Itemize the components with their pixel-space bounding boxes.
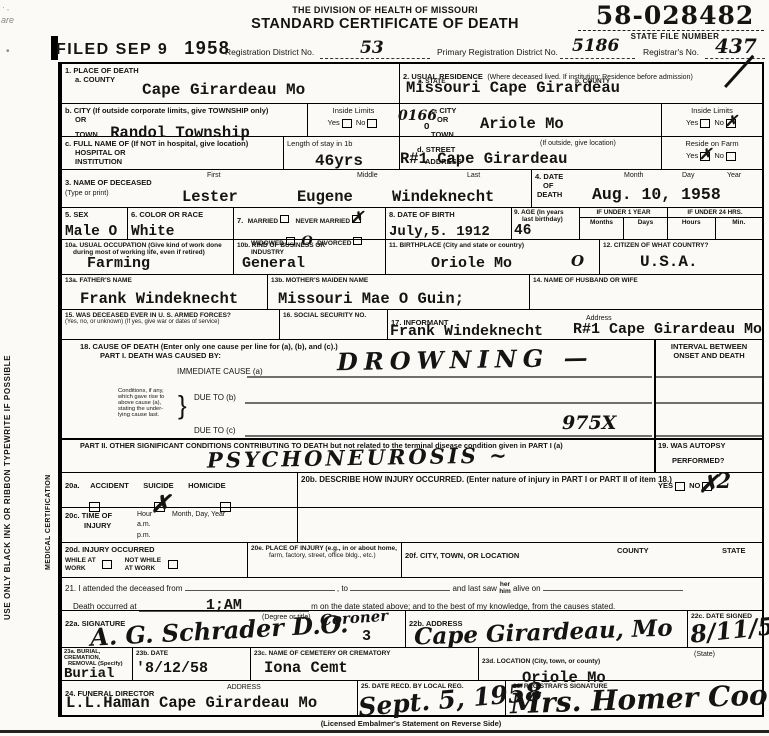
interval-column-divider xyxy=(654,340,656,473)
describe-injury-label: 20b. DESCRIBE HOW INJURY OCCURRED. (Ente… xyxy=(301,475,759,485)
row-attended: 21. I attended the deceased from , to an… xyxy=(62,578,762,611)
signature-address-value: Cape Girardeau, Mo xyxy=(414,616,673,648)
manner-cell: 20a. ACCIDENT SUICIDE HOMICIDE ✗ xyxy=(62,473,298,507)
time-of-injury-cell: 20c. TIME OF INJURY Hour a.m. p.m. Month… xyxy=(62,508,298,542)
first-name-value: Lester xyxy=(182,190,238,206)
no-label: No xyxy=(356,118,366,127)
month-day-year-label: Month, Day, Year xyxy=(172,511,225,518)
cemetery-value: Iona Cemt xyxy=(264,661,475,677)
informant-value: Frank Windeknecht xyxy=(390,324,543,339)
father-cell: 13a. FATHER'S NAME Frank Windeknecht xyxy=(62,275,268,309)
industry-label: 10b. KIND OF BUSINESS OR xyxy=(237,242,382,249)
at-work-label: AT WORK xyxy=(125,565,156,572)
day-label: Day xyxy=(682,172,694,179)
usual-residence-cell: 2. USUAL RESIDENCE (Where deceased lived… xyxy=(400,64,762,103)
primary-district-value: 5186 xyxy=(572,36,619,56)
married-label: MARRIED xyxy=(248,218,278,225)
industry-cell: 10b. KIND OF BUSINESS OR INDUSTRY Genera… xyxy=(234,240,386,274)
residence-city-label: c. CITY xyxy=(431,106,658,115)
scan-artifact: • xyxy=(6,46,10,57)
page-title: STANDARD CERTIFICATE OF DEATH xyxy=(225,16,545,32)
row-hospital-street: c. FULL NAME OF (If NOT in hospital, giv… xyxy=(62,137,762,170)
injury-occurred-label: 20d. INJURY OCCURRED xyxy=(65,545,244,554)
death-inside-limits-cell: Inside Limits Yes No xyxy=(308,104,400,136)
inside-limits-label: Inside Limits xyxy=(311,106,396,115)
date-of-birth-cell: 8. DATE OF BIRTH July,5. 1912 xyxy=(386,208,512,239)
autopsy-label-1: 19. WAS AUTOPSY xyxy=(658,441,762,450)
death-certificate-scan: · , are • THE DIVISION OF HEALTH OF MISS… xyxy=(0,0,769,736)
birthplace-label: 11. BIRTHPLACE (City and state or countr… xyxy=(389,242,596,249)
month-label: Month xyxy=(624,172,643,179)
days-column: Days xyxy=(624,218,667,239)
injury-city-label: 20f. CITY, TOWN, OR LOCATION xyxy=(405,551,519,560)
cause-a-line xyxy=(247,376,652,378)
street-value: R#1 Cape Girardeau xyxy=(400,152,567,168)
father-label: 13a. FATHER'S NAME xyxy=(65,277,264,284)
armed-forces-label: 15. WAS DECEASED EVER IN U. S. ARMED FOR… xyxy=(65,312,276,319)
attended-text-2: , to xyxy=(337,584,348,593)
burial-location-label: 23d. LOCATION (City, town, or county) xyxy=(482,658,600,665)
date-received-cell: 25. DATE RECD. BY LOCAL REG. Sept. 5, 19… xyxy=(358,681,506,715)
registration-district-label: Registration District No. xyxy=(225,47,314,57)
part1-label: PART I. DEATH WAS CAUSED BY: xyxy=(100,351,221,360)
place-of-injury-cell: 20e. PLACE OF INJURY (e.g., in or about … xyxy=(248,543,402,577)
months-column: Months xyxy=(580,218,624,239)
injury-county-label: COUNTY xyxy=(617,546,649,555)
armed-forces-cell: 15. WAS DECEASED EVER IN U. S. ARMED FOR… xyxy=(62,310,280,339)
pen-stroke xyxy=(724,55,754,88)
race-label: 6. COLOR OR RACE xyxy=(131,210,230,219)
age-value: 46 xyxy=(514,224,577,239)
row-manner: 20a. ACCIDENT SUICIDE HOMICIDE ✗ 20b. DE… xyxy=(62,473,762,508)
signature-value: A. G. Schrader D.O. xyxy=(90,612,349,649)
blank-line xyxy=(560,58,635,59)
residence-city-cell: 0166 c. CITY OR TOWN O Ariole Mo xyxy=(400,104,662,136)
mother-value: Missouri Mae O Guin; xyxy=(278,292,464,308)
sex-cell: 5. SEX Male O xyxy=(62,208,128,239)
middle-label: Middle xyxy=(357,172,378,179)
first-label: First xyxy=(207,172,221,179)
injury-location-cell: 20f. CITY, TOWN, OR LOCATION COUNTY STAT… xyxy=(402,543,762,577)
date-of-death-value: Aug. 10, 1958 xyxy=(592,187,721,204)
bottom-rule xyxy=(0,730,769,733)
occupation-label: 10a. USUAL OCCUPATION (Give kind of work… xyxy=(65,242,230,249)
citizen-cell: 12. CITIZEN OF WHAT COUNTRY? U.S.A. xyxy=(600,240,762,274)
registrar-signature-value: Mrs. Homer Cooper xyxy=(510,680,769,719)
issuing-agency: THE DIVISION OF HEALTH OF MISSOURI xyxy=(250,5,520,15)
occupation-cell: 10a. USUAL OCCUPATION (Give kind of work… xyxy=(62,240,234,274)
burial-date-label: 23b. DATE xyxy=(136,650,247,657)
row-city-town: b. CITY (If outside corporate limits, gi… xyxy=(62,104,762,137)
street-note: (If outside, give location) xyxy=(540,140,616,147)
signature-cell: 22a. SIGNATURE (Degree or title) Coroner… xyxy=(62,611,406,647)
blank-line xyxy=(185,580,335,591)
yes-label: Yes xyxy=(328,118,340,127)
min-column: Min. xyxy=(716,218,763,239)
mother-cell: 13b. MOTHER'S MAIDEN NAME Missouri Mae O… xyxy=(268,275,530,309)
citizen-value: U.S.A. xyxy=(640,254,698,270)
work-label: WORK xyxy=(65,565,86,572)
injury-blank-cell xyxy=(298,508,762,542)
row-place-residence: 1. PLACE OF DEATH a. COUNTY Cape Girarde… xyxy=(62,64,762,104)
citizen-label: 12. CITIZEN OF WHAT COUNTRY? xyxy=(603,242,759,249)
industry-value: General xyxy=(242,256,305,271)
ssn-cell: 16. SOCIAL SECURITY NO. xyxy=(280,310,388,339)
row-time-of-injury: 20c. TIME OF INJURY Hour a.m. p.m. Month… xyxy=(62,508,762,543)
due-to-b-label: DUE TO (b) xyxy=(194,393,236,403)
hospital-label-2: HOSPITAL OR xyxy=(75,148,280,157)
date-signed-cell: 22c. DATE SIGNED 8/11/58- xyxy=(688,611,762,647)
burial-type-cell: 23a. BURIAL, CREMATION, REMOVAL (Specify… xyxy=(62,648,133,680)
due-to-c-label: DUE TO (c) xyxy=(194,426,235,436)
conditions-line5: lying cause last. xyxy=(118,412,180,418)
sex-value: Male O xyxy=(65,225,124,240)
yes-label: Yes xyxy=(686,118,698,127)
attended-text-4: alive on xyxy=(513,584,541,593)
burial-location-cell: 23d. LOCATION (City, town, or county) (S… xyxy=(479,648,762,680)
place-of-death-cell: 1. PLACE OF DEATH a. COUNTY Cape Girarde… xyxy=(62,64,400,103)
date-of-death-cell: 4. DATE OF DEATH Month Day Year Aug. 10,… xyxy=(532,170,762,207)
cause-of-death-cell: 18. CAUSE OF DEATH (Enter only one cause… xyxy=(62,340,762,472)
x-mark: ✗ xyxy=(699,147,712,162)
scan-artifact: · , xyxy=(2,3,9,12)
part2-value: PSYCHONEUROSIS ~ xyxy=(207,444,510,470)
immediate-cause-value: DROWNING — xyxy=(337,346,594,374)
conditions-brace: } xyxy=(178,390,187,421)
funeral-address-label: ADDRESS xyxy=(227,684,261,691)
row-cause-of-death: 18. CAUSE OF DEATH (Enter only one cause… xyxy=(62,340,762,473)
injury-state-label: STATE xyxy=(722,546,745,555)
reside-on-farm-label: Reside on Farm xyxy=(665,139,759,148)
cause-title: 18. CAUSE OF DEATH (Enter only one cause… xyxy=(80,342,338,351)
middle-name-value: Eugene xyxy=(297,190,353,206)
cemetery-cell: 23c. NAME OF CEMETERY OR CREMATORY Iona … xyxy=(251,648,479,680)
state-note: (State) xyxy=(694,651,715,658)
autopsy-label-2: PERFORMED? xyxy=(672,456,725,465)
time-injury-label-2: INJURY xyxy=(84,521,111,530)
age-label: 9. AGE (In years xyxy=(514,209,577,216)
inside-limits-label: Inside Limits xyxy=(665,106,759,115)
row-funeral-registrar: 24. FUNERAL DIRECTOR ADDRESS L.L.Haman C… xyxy=(62,681,762,715)
interval-label-1: INTERVAL BETWEEN xyxy=(658,342,760,351)
injury-occurred-cell: 20d. INJURY OCCURRED WHILE ATWORK NOT WH… xyxy=(62,543,248,577)
no-checkbox xyxy=(726,152,736,161)
him-label: him xyxy=(499,588,511,595)
armed-forces-sub: (Yes, no, or unknown) (If yes, give war … xyxy=(65,319,276,326)
row-armed-informant: 15. WAS DECEASED EVER IN U. S. ARMED FOR… xyxy=(62,310,762,340)
row-injury-place: 20d. INJURY OCCURRED WHILE ATWORK NOT WH… xyxy=(62,543,762,578)
attended-cell: 21. I attended the deceased from , to an… xyxy=(62,578,762,610)
residence-city-value: Ariole Mo xyxy=(480,117,564,133)
hospital-label-3: INSTITUTION xyxy=(75,157,280,166)
spouse-label: 14. NAME OF HUSBAND OR WIFE xyxy=(533,277,759,284)
under-1-year-label: IF UNDER 1 YEAR xyxy=(580,208,667,218)
not-while-at-work-checkbox xyxy=(168,560,178,569)
embalmer-note: (Licensed Embalmer's Statement on Revers… xyxy=(58,719,764,728)
length-of-stay-label: Length of stay in 1b xyxy=(287,139,396,148)
no-checkbox-checked: ✗ xyxy=(726,119,736,128)
sex-label: 5. SEX xyxy=(65,210,124,219)
county-value: Cape Girardeau Mo xyxy=(142,82,305,98)
length-of-stay-value: 46yrs xyxy=(315,153,396,169)
pm-label: p.m. xyxy=(137,532,151,539)
x-mark: ✗ xyxy=(351,210,364,225)
blank-line xyxy=(320,58,430,59)
conditions-note: Conditions, if any, which gave rise to a… xyxy=(118,388,180,418)
reside-on-farm-cell: Reside on Farm Yes✗ No xyxy=(662,137,762,169)
cause-b-line xyxy=(245,402,652,404)
blank-line xyxy=(543,580,683,591)
dob-value: July,5. 1912 xyxy=(389,225,508,239)
row-occupation: 10a. USUAL OCCUPATION (Give kind of work… xyxy=(62,240,762,275)
accident-label: ACCIDENT xyxy=(90,481,129,490)
street-address-cell: d. STREET (If outside, give location) AD… xyxy=(400,137,662,169)
hour-label: Hour xyxy=(137,511,152,518)
while-at-work-checkbox xyxy=(102,560,112,569)
no-label: No xyxy=(714,151,724,160)
place-of-injury-label-2: farm, factory, street, office bldg., etc… xyxy=(269,552,398,559)
primary-district-label: Primary Registration District No. xyxy=(437,47,558,57)
attended-text-3: and last saw xyxy=(452,584,496,593)
birthplace-cell: 11. BIRTHPLACE (City and state or countr… xyxy=(386,240,600,274)
time-injury-label-1: 20c. TIME OF xyxy=(65,511,112,520)
informant-cell: 17. INFORMANT Address Frank Windeknecht … xyxy=(388,310,762,339)
medical-certification-label: MEDICAL CERTIFICATION xyxy=(45,345,52,570)
no-label: No xyxy=(714,118,724,127)
married-checkbox xyxy=(280,215,289,223)
registrar-no-label: Registrar's No. xyxy=(643,47,699,57)
not-while-label: NOT WHILE xyxy=(125,557,161,564)
registrar-no-value: 437 xyxy=(715,34,757,58)
never-married-label: NEVER MARRIED xyxy=(296,218,351,225)
while-at-label: WHILE AT xyxy=(65,557,96,564)
blank-line xyxy=(705,58,765,59)
interval-a-line xyxy=(654,376,762,378)
cemetery-label: 23c. NAME OF CEMETERY OR CREMATORY xyxy=(254,650,475,657)
signature-number: 3 xyxy=(362,629,371,644)
marital-status-cell: 7. MARRIED NEVER MARRIED✗ WIDOWED O DIVO… xyxy=(234,208,386,239)
year-label: Year xyxy=(727,172,741,179)
handwritten-code: 0166 xyxy=(398,108,437,124)
funeral-director-cell: 24. FUNERAL DIRECTOR ADDRESS L.L.Haman C… xyxy=(62,681,358,715)
death-city-cell: b. CITY (If outside corporate limits, gi… xyxy=(62,104,308,136)
row-burial: 23a. BURIAL, CREMATION, REMOVAL (Specify… xyxy=(62,648,762,681)
hours-column: Hours xyxy=(668,218,716,239)
yes-checkbox-checked: ✗ xyxy=(700,152,710,161)
under-24-hrs-label: IF UNDER 24 HRS. xyxy=(668,208,762,218)
handwritten-o: O xyxy=(571,252,584,270)
occupation-value: Farming xyxy=(87,256,150,271)
describe-injury-cell: 20b. DESCRIBE HOW INJURY OCCURRED. (Ente… xyxy=(298,473,762,507)
state-county-value: Missouri Cape Girardeau xyxy=(406,81,620,97)
registrar-signature-cell: 26. REGISTRAR'S SIGNATURE Mrs. Homer Coo… xyxy=(506,681,762,715)
scan-artifact: are xyxy=(1,15,14,25)
attended-text-1: 21. I attended the deceased from xyxy=(65,584,182,593)
blank-line xyxy=(350,580,450,591)
informant-address-value: R#1 Cape Girardeau Mo xyxy=(573,322,762,337)
row-parents: 13a. FATHER'S NAME Frank Windeknecht 13b… xyxy=(62,275,762,310)
certificate-table: 1. PLACE OF DEATH a. COUNTY Cape Girarde… xyxy=(58,62,764,717)
state-file-number: 58-028482 xyxy=(590,1,760,30)
yes-label: Yes xyxy=(686,151,698,160)
interval-label-2: ONSET AND DEATH xyxy=(658,351,760,360)
race-cell: 6. COLOR OR RACE White xyxy=(128,208,234,239)
funeral-director-value: L.L.Haman Cape Girardeau Mo xyxy=(66,696,317,712)
yes-checkbox xyxy=(342,119,352,128)
ssn-label: 16. SOCIAL SECURITY NO. xyxy=(283,312,384,319)
interval-header: INTERVAL BETWEEN ONSET AND DEATH xyxy=(658,342,760,360)
father-value: Frank Windeknecht xyxy=(80,292,238,308)
burial-date-value: '8/12/58 xyxy=(136,661,247,676)
filed-stamp-text: FILED SEP 9 xyxy=(56,41,168,58)
row-signature: 22a. SIGNATURE (Degree or title) Coroner… xyxy=(62,611,762,648)
filed-stamp-year: 1958 xyxy=(184,38,230,58)
length-of-stay-cell: Length of stay in 1b 46yrs xyxy=(284,137,400,169)
signature-address-cell: 22b. ADDRESS Cape Girardeau, Mo xyxy=(406,611,688,647)
dod-label-1: 4. DATE xyxy=(535,172,759,181)
burial-value: Burial xyxy=(64,667,130,681)
filed-date-stamp: FILED SEP 9 1958 xyxy=(56,38,230,59)
age-cell: 9. AGE (In years last birthday) 46 xyxy=(512,208,580,239)
homicide-label: HOMICIDE xyxy=(188,481,226,490)
hospital-label: c. FULL NAME OF (If NOT in hospital, giv… xyxy=(65,139,280,148)
row-name-dod: 3. NAME OF DECEASED (Type or print) Firs… xyxy=(62,170,762,208)
burial-date-cell: 23b. DATE '8/12/58 xyxy=(133,648,251,680)
x-mark: ✗ xyxy=(725,114,738,129)
place-of-death-title: 1. PLACE OF DEATH xyxy=(65,66,396,75)
name-of-deceased-cell: 3. NAME OF DECEASED (Type or print) Firs… xyxy=(62,170,532,207)
burial-label: 23a. BURIAL, CREMATION, xyxy=(64,649,130,661)
divider xyxy=(578,30,764,31)
residence-inside-limits-cell: Inside Limits Yes No✗ xyxy=(662,104,762,136)
race-value: White xyxy=(131,225,230,240)
last-label: Last xyxy=(467,172,480,179)
if-under-24-hrs-group: IF UNDER 24 HRS. Hours Min. xyxy=(668,208,762,239)
margin-instruction: USE ONLY BLACK INK OR RIBBON TYPEWRITE I… xyxy=(3,75,12,620)
mother-label: 13b. MOTHER'S MAIDEN NAME xyxy=(271,277,526,284)
or-label: OR xyxy=(75,115,304,124)
hospital-cell: c. FULL NAME OF (If NOT in hospital, giv… xyxy=(62,137,284,169)
birthplace-value: Oriole Mo xyxy=(431,256,512,271)
name-label: 3. NAME OF DECEASED xyxy=(65,178,152,187)
if-under-1-year-group: IF UNDER 1 YEAR Months Days xyxy=(580,208,668,239)
cause-c-line xyxy=(245,435,652,437)
part2-divider xyxy=(62,438,762,440)
typed-o-mark: O xyxy=(424,123,429,132)
never-married-checkbox-checked: ✗ xyxy=(352,215,361,223)
am-label: a.m. xyxy=(137,521,151,528)
due-to-c-handwriting: 975X xyxy=(562,414,616,433)
registration-district-value: 53 xyxy=(360,38,384,58)
spouse-cell: 14. NAME OF HUSBAND OR WIFE xyxy=(530,275,762,309)
place-of-injury-label: 20e. PLACE OF INJURY (e.g., in or about … xyxy=(251,545,398,552)
row-sex-race-age: 5. SEX Male O 6. COLOR OR RACE White 7. … xyxy=(62,208,762,240)
no-checkbox xyxy=(367,119,377,128)
yes-checkbox xyxy=(700,119,710,128)
dob-label: 8. DATE OF BIRTH xyxy=(389,210,508,219)
last-name-value: Windeknecht xyxy=(392,190,494,206)
death-city-label: b. CITY (If outside corporate limits, gi… xyxy=(65,106,304,115)
manner-label: 20a. xyxy=(65,481,80,490)
interval-c-line xyxy=(654,435,762,437)
interval-b-line xyxy=(654,402,762,404)
